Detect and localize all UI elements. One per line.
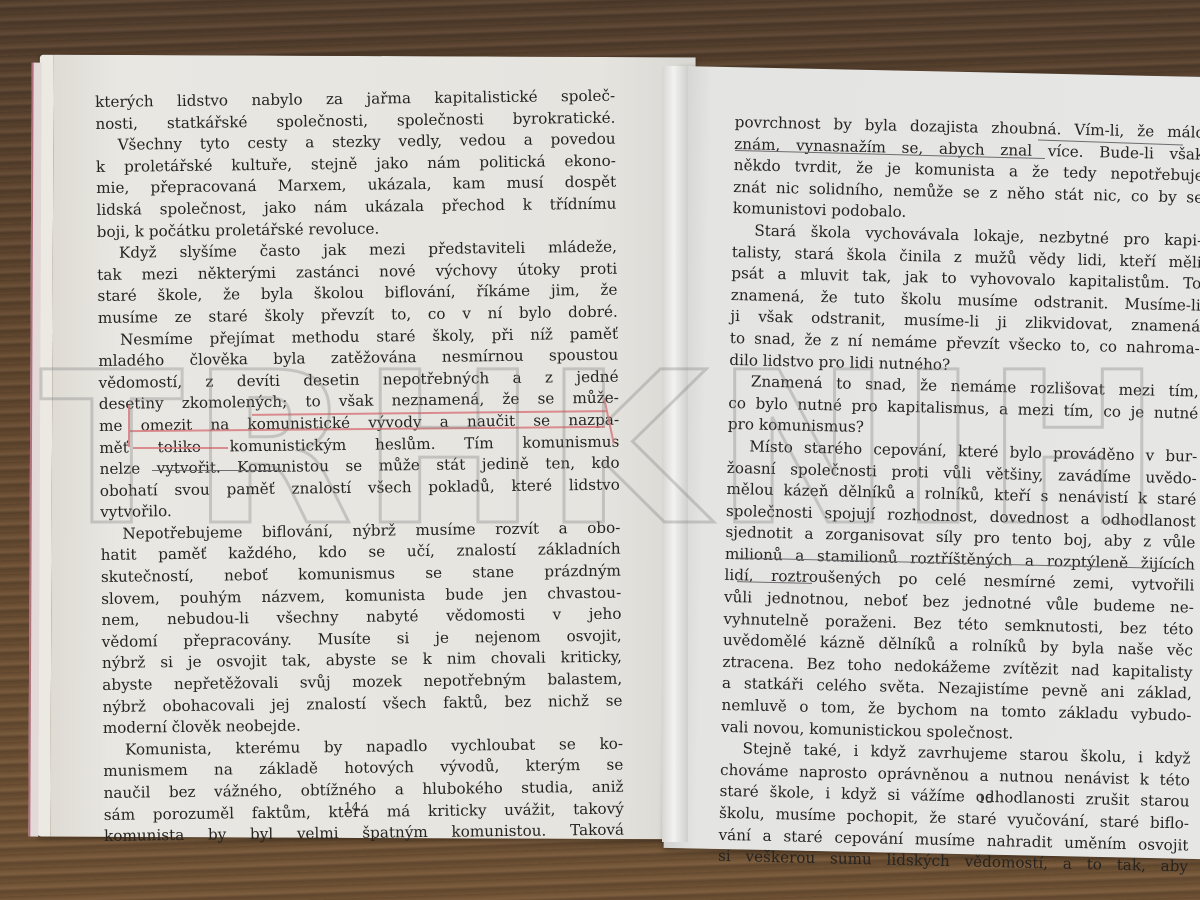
pencil-underline (152, 470, 282, 471)
page-number-right: 15 (978, 792, 993, 806)
book-spine (662, 66, 688, 842)
red-underline (133, 447, 228, 449)
right-page-text: povrchnost by byla dozajista zhoubná. Ví… (718, 112, 1200, 878)
left-page-text: kterých lidstvo nabylo za jařma kapitali… (95, 86, 624, 848)
open-book: kterých lidstvo nabylo za jařma kapitali… (0, 0, 1200, 900)
page-number-left: 14 (344, 800, 359, 814)
red-margin-mark (128, 405, 130, 447)
